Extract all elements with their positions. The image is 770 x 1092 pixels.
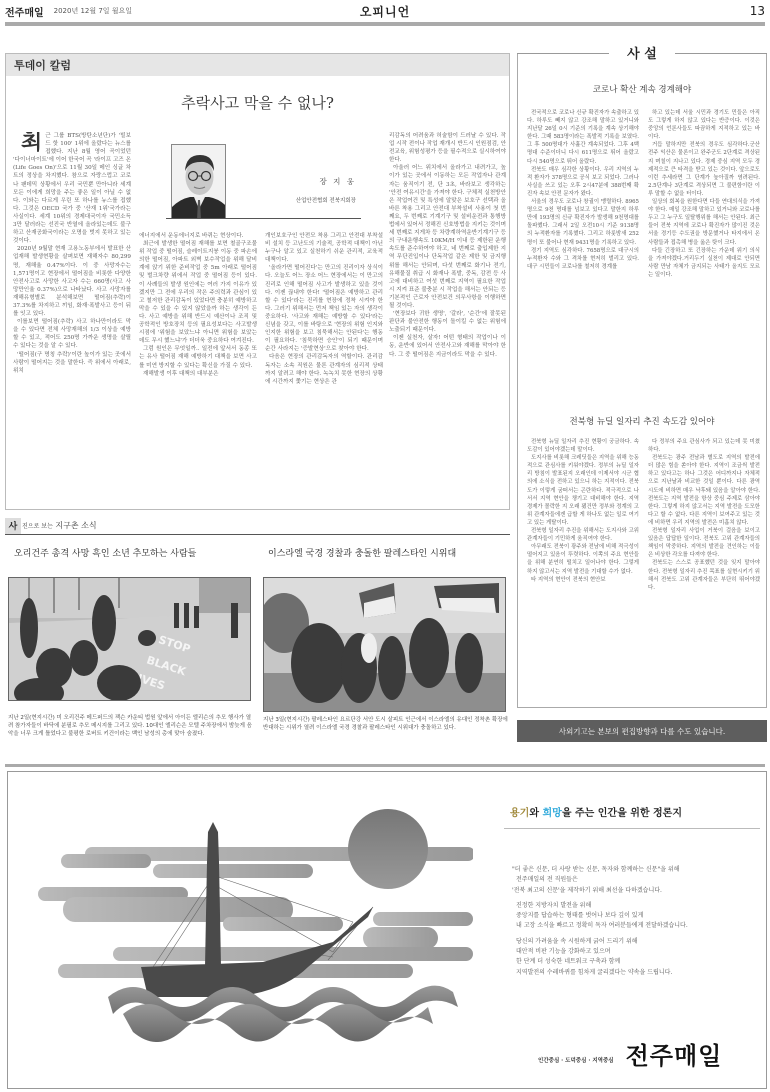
header-rule xyxy=(5,22,765,26)
column-text-2: 에너지에서 운동에너지로 바뀌는 현상이다. 최근에 발생한 떨어짐 재해를 보… xyxy=(139,232,257,504)
photo-title-2: 이스라엘 국경 경찰과 충돌한 팔레스타인 시위대 xyxy=(268,546,456,559)
photo-caption-1: 지난 2일(현지시간) 미 오리건주 메드퍼드의 잭슨 카운티 법원 앞에서 아… xyxy=(8,714,254,738)
author-name: 장 지 웅 xyxy=(319,176,356,187)
ad-block-1: "더 좋은 신문, 더 사랑 받는 신문, 독자와 함께하는 신문"을 위해 전… xyxy=(516,865,688,896)
disclaimer-notice: 사외기고는 본보의 편집방향과 다를 수도 있습니다. xyxy=(517,720,767,742)
ad-motto: 인간중심 · 도덕중심 · 지역중심 xyxy=(538,1056,614,1064)
column-text-4: 리감독의 어려움과 허술함이 드러날 수 있다. 작업 시작 전이나 작업 재개… xyxy=(389,132,506,504)
ad-slogan: 용기와 희망을 주는 인간을 위한 정론지 xyxy=(510,804,682,819)
photo-vigil: STOP BLACK LIVES xyxy=(8,577,251,701)
author-rule xyxy=(166,218,361,219)
ad-body: "더 좋은 신문, 더 사랑 받는 신문, 독자와 함께하는 신문"을 위해 전… xyxy=(516,865,688,983)
column-text-3: 개인보호구인 안전모 착용 그리고 안전대 부착설비 설치 등 고난도의 기술적… xyxy=(265,232,383,504)
ad-illustration-ship xyxy=(33,802,473,1042)
editorial-1-col-1: 전국적으로 코로나 신규 확진자가 속출하고 있다. 하루도 빼지 않고 강조해… xyxy=(527,109,639,397)
ad-brand-logo: 전주매일 xyxy=(626,1044,723,1068)
editorial-header: 사 설 xyxy=(517,43,767,62)
page-number: 13 xyxy=(750,4,765,18)
editorial-title-2: 전북형 뉴딜 일자리 추진 속도감 있어야 xyxy=(518,415,766,427)
editorial-box: 사 설 코로나 확산 계속 경계해야 전국적으로 코로나 신규 확진자가 속출하… xyxy=(517,53,767,708)
author-box: 장 지 웅 산업안전협회 전북지회장 xyxy=(166,144,361,224)
ad-block-2: 진정한 지방자치 발전을 위해 중앙지를 답습하는 형태를 벗어나 보다 깊이 … xyxy=(516,901,688,932)
editorial-1-col-2: 하고 있는데 서울 시민과 경기도 민들은 아직도 그렇게 하지 않고 있다는 … xyxy=(648,109,760,397)
photo-news-header: 사 진으로 보는 지구촌 소식 xyxy=(5,517,510,535)
column-band: 투데이 칼럼 xyxy=(6,54,509,76)
ad-block-3: 당신의 가려움을 속 시원하게 긁어 드리기 위해 대안적 비판 기능을 강화하… xyxy=(516,937,688,978)
masthead: 전주매일 2020년 12월 7일 월요일 오피니언 13 xyxy=(5,2,765,20)
newspaper-ad: 용기와 희망을 주는 인간을 위한 정론지 "더 좋은 신문, 더 사랑 받는 … xyxy=(7,771,767,1089)
column-title: 추락사고 막을 수 없나? xyxy=(6,92,509,113)
today-column: 투데이 칼럼 추락사고 막을 수 없나? 최 근 그룹 BTS(방탄소년단)가 … xyxy=(5,53,510,510)
editorial-title-1: 코로나 확산 계속 경계해야 xyxy=(518,83,766,95)
photo-clash xyxy=(263,577,506,712)
photo-caption-2: 지난 3일(현지시간) 팔레스타인 요르단강 서안 도시 살피트 인근에서 이스… xyxy=(263,716,509,732)
slogan-rule xyxy=(504,828,760,829)
section-title: 오피니언 xyxy=(5,3,765,20)
photo-title-1: 오리건주 총격 사망 흑인 소년 추모하는 사람들 xyxy=(14,546,196,559)
author-title: 산업안전협회 전북지회장 xyxy=(296,196,356,204)
editorial-2-col-1: 전북형 뉴딜 일자리 추진 현황이 궁금하다. 속도감이 있어야겠는데 말이다.… xyxy=(527,438,639,700)
section-rule xyxy=(5,764,765,767)
column-text-1: 최 근 그룹 BTS(방탄소년단)가 '빌보드 핫 100' 1위에 올랐다는 … xyxy=(13,132,131,504)
ad-footer: 인간중심 · 도덕중심 · 지역중심 전주매일 xyxy=(538,1044,722,1068)
dropcap: 최 xyxy=(21,132,42,152)
author-portrait xyxy=(171,144,226,219)
editorial-2-col-2: 다 정부의 주요 관심사가 되고 있는데 못 미쳤하다. 전북도는 광주 전남과… xyxy=(648,438,760,700)
